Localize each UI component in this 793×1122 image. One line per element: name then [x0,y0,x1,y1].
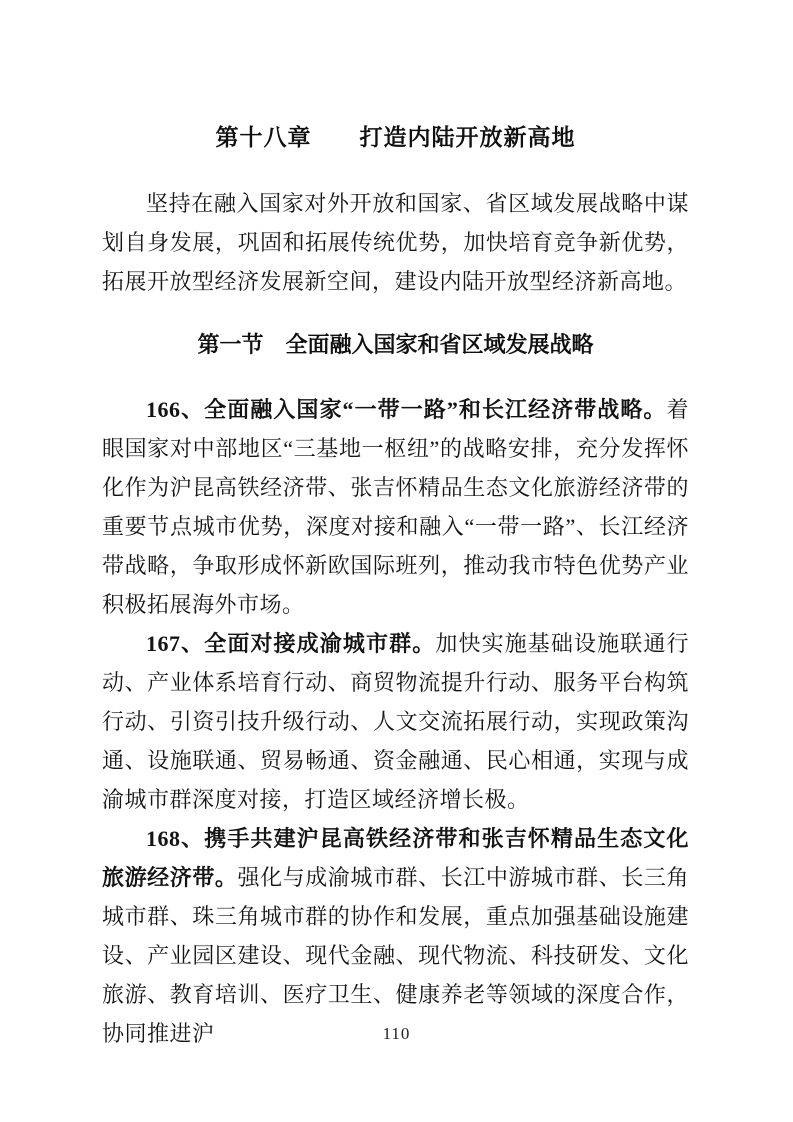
paragraph-166-lead: 166、全面融入国家“一带一路”和长江经济带战略。 [146,397,666,422]
paragraph-167-lead: 167、全面对接成渝城市群。 [146,631,435,656]
page-content: 第十八章 打造内陆开放新高地 坚持在融入国家对外开放和国家、省区域发展战略中谋划… [0,0,793,1053]
paragraph-167: 167、全面对接成渝城市群。加快实施基础设施联通行动、产业体系培育行动、商贸物流… [102,624,689,819]
intro-paragraph: 坚持在融入国家对外开放和国家、省区域发展战略中谋划自身发展，巩固和拓展传统优势，… [102,184,689,301]
page-number: 110 [0,1024,793,1044]
paragraph-168-body: 强化与成渝城市群、长江中游城市群、长三角城市群、珠三角城市群的协作和发展，重点加… [102,865,689,1046]
paragraph-168: 168、携手共建沪昆高铁经济带和张吉怀精品生态文化旅游经济带。强化与成渝城市群、… [102,819,689,1053]
document-page: 第十八章 打造内陆开放新高地 坚持在融入国家对外开放和国家、省区域发展战略中谋划… [0,0,793,1122]
paragraph-167-body: 加快实施基础设施联通行动、产业体系培育行动、商贸物流提升行动、服务平台构筑行动、… [102,631,689,812]
chapter-title: 第十八章 打造内陆开放新高地 [102,120,689,154]
paragraph-166: 166、全面融入国家“一带一路”和长江经济带战略。着眼国家对中部地区“三基地一枢… [102,390,689,624]
paragraph-166-body: 着眼国家对中部地区“三基地一枢纽”的战略安排，充分发挥怀化作为沪昆高铁经济带、张… [102,397,689,617]
section-title: 第一节 全面融入国家和省区域发展战略 [102,325,689,364]
